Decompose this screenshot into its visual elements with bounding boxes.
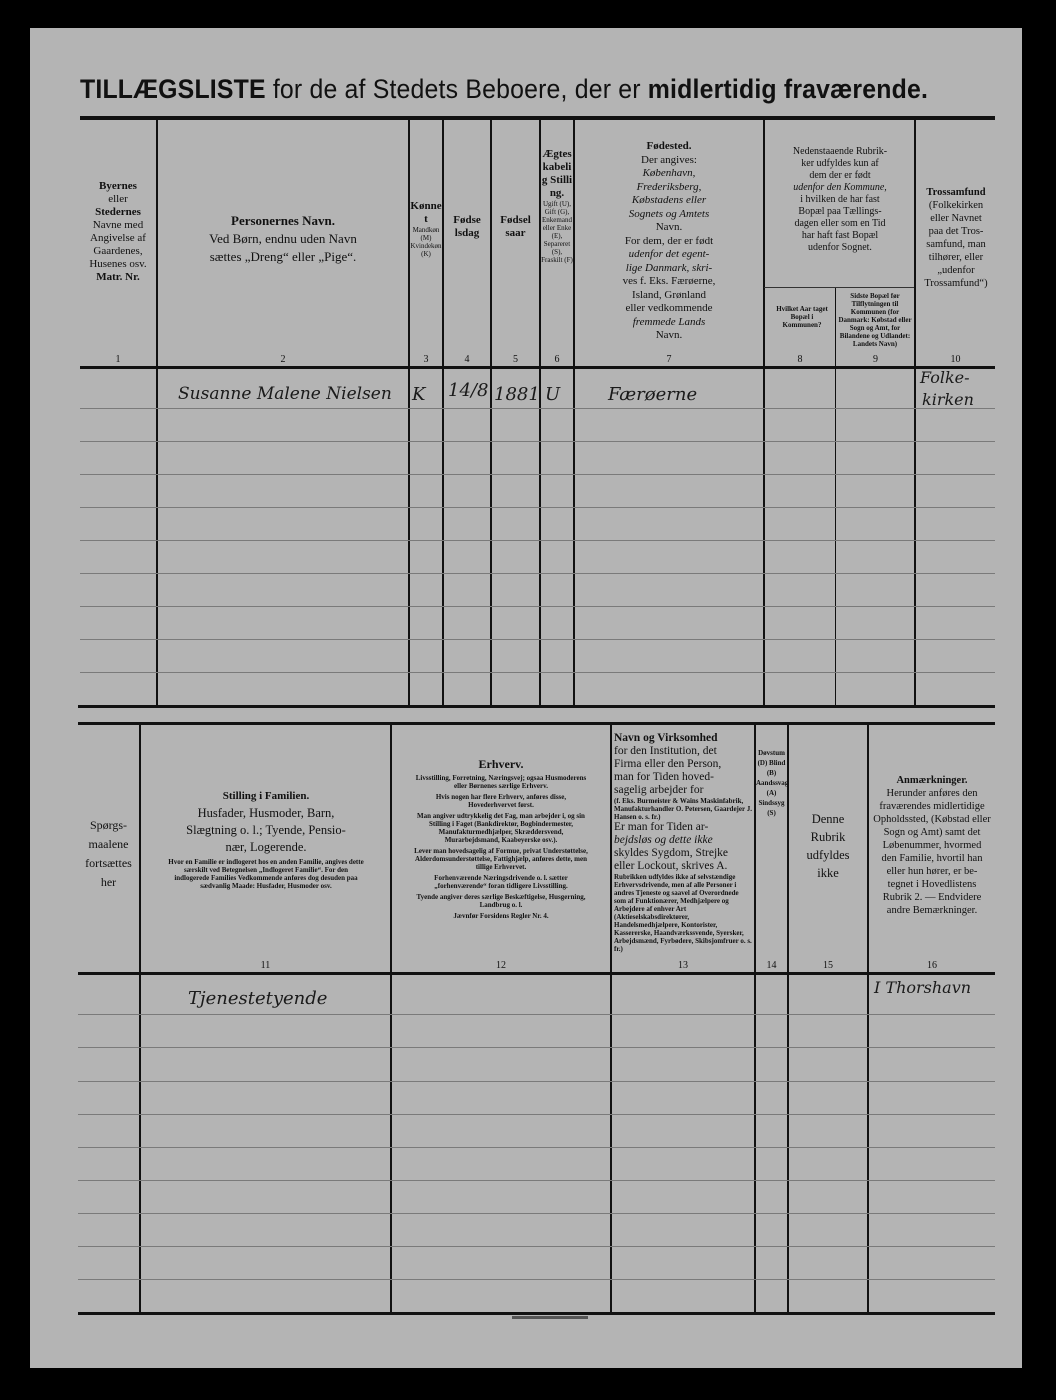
header-col-13: Navn og Virksomhed for den Institution, …	[614, 732, 752, 953]
header-col-2: Personernes Navn. Ved Børn, endnu uden N…	[160, 212, 406, 266]
header-col-5: Fødselsaar	[492, 214, 539, 240]
entry-religion-line2[interactable]: kirken	[922, 390, 974, 409]
row-line	[78, 1014, 995, 1015]
header-col-10: Trossamfund (Folkekirken eller Navnet pa…	[917, 186, 995, 290]
row-line	[80, 573, 995, 574]
row-line	[78, 1114, 995, 1115]
column-number: 16	[869, 960, 995, 971]
header-col-3: Kønnet Mandkøn (M) Kvindekøn (K)	[410, 200, 442, 258]
row-line	[78, 1180, 995, 1181]
subheader-divider	[764, 287, 914, 288]
column-number: 7	[575, 354, 763, 365]
printer-mark	[512, 1316, 588, 1319]
header-col-16: Anmærkninger. Herunder anføres den fravæ…	[870, 774, 994, 917]
column-number: 12	[392, 960, 610, 971]
header-col-8-9-group: Nedenstaaende Rubrik- ker udfyldes kun a…	[766, 146, 914, 254]
row-line	[78, 1147, 995, 1148]
header-col-8: Hvilket Aar taget Bopæl i Kommunen?	[772, 305, 832, 329]
column-number: 1	[80, 354, 156, 365]
header-col-12: Erhverv. Livsstilling, Forretning, Nærin…	[412, 758, 590, 920]
bottom-table-bottom-rule	[78, 1312, 995, 1315]
top-table-bottom-rule	[78, 705, 995, 708]
bottom-header-rule	[78, 972, 995, 975]
form-title: TILLÆGSLISTE for de af Stedets Beboere, …	[80, 74, 926, 105]
header-continued: Spørgs- maalene fortsættes her	[78, 816, 139, 892]
row-line	[80, 474, 995, 475]
column-number: 9	[837, 354, 914, 365]
header-col-6: Ægteskabelig Stilling. Ugift (U), Gift (…	[541, 148, 573, 264]
column-number: 3	[410, 354, 442, 365]
header-col-11: Stilling i Familien. Husfader, Husmoder,…	[146, 788, 386, 890]
col-divider	[442, 120, 444, 706]
row-line	[78, 1246, 995, 1247]
entry-sex[interactable]: K	[412, 384, 425, 405]
row-line	[80, 672, 995, 673]
row-line	[78, 1047, 995, 1048]
col-divider	[914, 120, 916, 706]
row-line	[80, 507, 995, 508]
header-col-1: Byernes eller Stedernes Navne med Angive…	[80, 180, 156, 284]
column-number: 4	[444, 354, 490, 365]
row-line	[80, 540, 995, 541]
col-divider	[390, 725, 392, 1313]
top-rule	[80, 116, 995, 120]
column-number: 8	[765, 354, 835, 365]
entry-remarks[interactable]: I Thorshavn	[874, 978, 971, 997]
column-number: 11	[141, 960, 390, 971]
column-number: 15	[789, 960, 867, 971]
entry-family-position[interactable]: Tjenestetyende	[188, 988, 327, 1009]
header-col-4: Fødselsdag	[444, 214, 490, 240]
row-line	[80, 606, 995, 607]
row-line	[78, 1279, 995, 1280]
row-line	[80, 408, 995, 409]
header-col-7: Fødested. Der angives: København, Freder…	[576, 140, 762, 343]
bottom-table-top-rule	[78, 722, 995, 725]
col-divider	[139, 725, 141, 1313]
column-number: 13	[612, 960, 754, 971]
column-number: 5	[492, 354, 539, 365]
entry-marital-status[interactable]: U	[545, 384, 560, 405]
entry-birth-year[interactable]: 1881	[494, 384, 540, 405]
col-divider	[763, 120, 765, 706]
col-divider	[156, 120, 158, 706]
row-line	[78, 1213, 995, 1214]
column-number: 6	[541, 354, 573, 365]
col-divider	[573, 120, 575, 706]
col-divider	[610, 725, 612, 1313]
row-line	[80, 441, 995, 442]
col-divider	[835, 287, 836, 706]
col-divider	[490, 120, 492, 706]
column-number: 2	[158, 354, 408, 365]
top-header-rule	[80, 366, 995, 369]
entry-name[interactable]: Susanne Malene Nielsen	[178, 384, 392, 404]
header-col-9: Sidste Bopæl før Tilflytningen til Kommu…	[837, 292, 913, 348]
entry-birth-day[interactable]: 14/8	[448, 380, 488, 401]
entry-religion-line1[interactable]: Folke-	[920, 368, 970, 387]
row-line	[78, 1081, 995, 1082]
column-number: 14	[756, 960, 787, 971]
column-number: 10	[916, 354, 995, 365]
col-divider	[867, 725, 869, 1313]
row-line	[80, 639, 995, 640]
entry-birthplace[interactable]: Færøerne	[608, 384, 697, 405]
header-col-14: Døvstum (D) Blind (B) Aandssvag (A) Sind…	[756, 748, 787, 818]
header-col-15: Denne Rubrik udfyldes ikke	[789, 810, 867, 882]
